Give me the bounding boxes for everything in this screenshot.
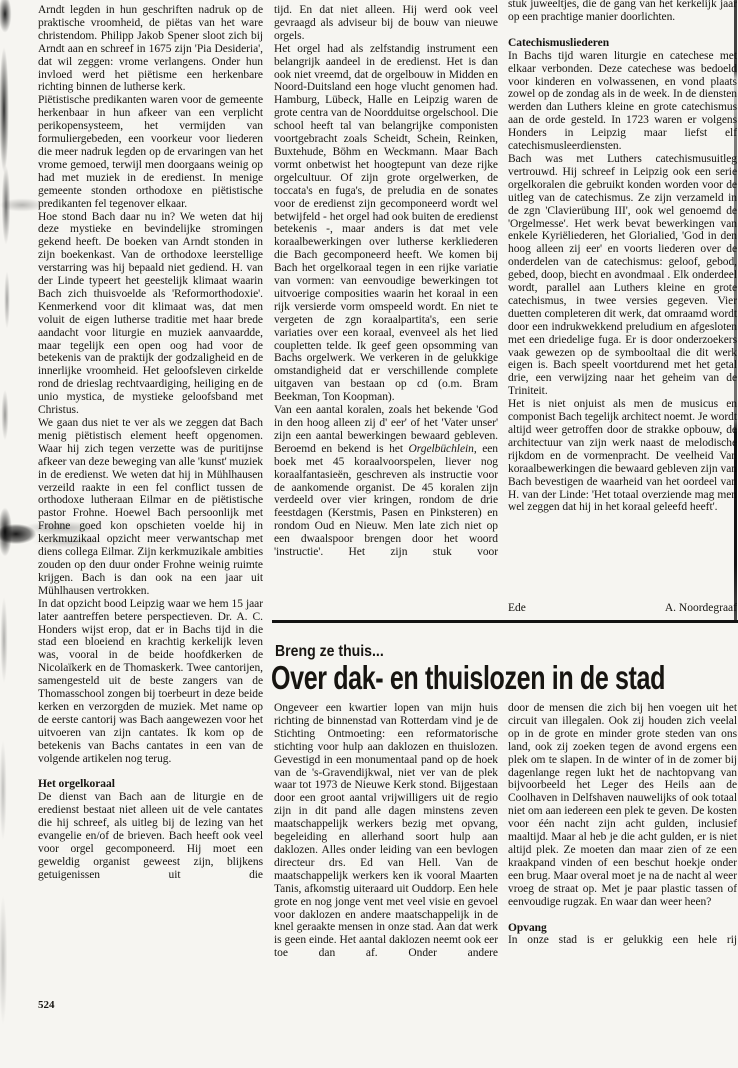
paragraph: Bach was met Luthers catechismusuitleg v… [508, 153, 737, 398]
paragraph: In dat opzicht bood Leipzig waar we hem … [38, 598, 263, 766]
paragraph: Ongeveer een kwartier lopen van mijn hui… [274, 702, 498, 960]
article-headline: Over dak- en thuislozen in de stad [271, 659, 665, 697]
paragraph: Van een aantal koralen, zoals het bekend… [274, 404, 498, 559]
bach-article-column-3: stuk juweeltjes, die de gang van het ker… [508, 0, 737, 598]
paragraph: Arndt legden in hun geschriften nadruk o… [38, 4, 263, 94]
article-separator-rule [272, 620, 738, 623]
section-heading-opvang: Opvang [508, 922, 737, 935]
article-signature: Ede A. Noordegraaf [508, 602, 737, 615]
paragraph: In Bachs tijd waren liturgie en cateches… [508, 50, 737, 153]
paragraph: Het is niet onjuist als men de musicus e… [508, 398, 737, 514]
homeless-article-column-right: door de mensen die zich bij hen voegen u… [508, 702, 737, 994]
paragraph: De dienst van Bach aan de liturgie en de… [38, 791, 263, 881]
paragraph: We gaan dus niet te ver als we zeggen da… [38, 417, 263, 598]
paragraph: Piëtistische predikanten waren voor de g… [38, 94, 263, 210]
homeless-article-column-left: Ongeveer een kwartier lopen van mijn hui… [274, 702, 498, 994]
book-title-orgelbuchlein: Orgelbüchlein [409, 443, 474, 455]
paragraph: Hoe stond Bach daar nu in? We weten dat … [38, 211, 263, 418]
bach-article-column-1: Arndt legden in hun geschriften nadruk o… [38, 4, 263, 992]
scan-artifact-left-edge [0, 0, 22, 1068]
signature-author: A. Noordegraaf [665, 602, 737, 615]
page-number: 524 [38, 999, 55, 1011]
paragraph: Het orgel had als zelfstandig instrument… [274, 43, 498, 404]
paragraph: door de mensen die zich bij hen voegen u… [508, 702, 737, 909]
paragraph: tijd. En dat niet alleen. Hij werd ook v… [274, 4, 498, 43]
paragraph-text: , een boek met 45 koraalvoorspelen, liev… [274, 443, 498, 558]
signature-place: Ede [508, 602, 526, 615]
section-heading-catechismusliederen: Catechismusliederen [508, 37, 737, 50]
scanned-magazine-page: { "colors": { "paper": "#f6f5f1", "ink":… [0, 0, 738, 1068]
paragraph: In onze stad is er gelukkig een hele rij [508, 934, 737, 947]
bach-article-column-2: tijd. En dat niet alleen. Hij werd ook v… [274, 4, 498, 620]
section-heading-het-orgelkoraal: Het orgelkoraal [38, 778, 263, 791]
paragraph: stuk juweeltjes, die de gang van het ker… [508, 0, 737, 24]
